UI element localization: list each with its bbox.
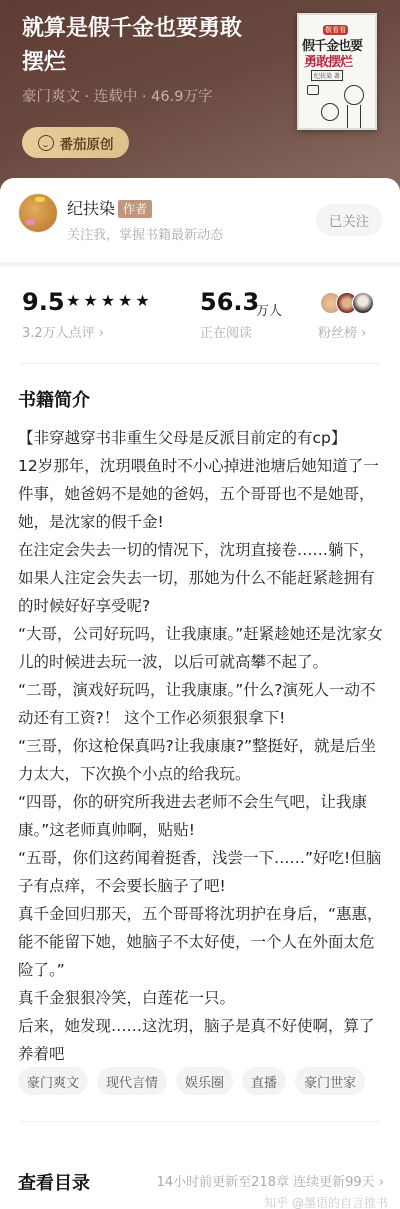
readers-unit: 万人: [256, 300, 282, 319]
cover-figure-small: [321, 103, 339, 121]
tag-chip[interactable]: 娱乐圈: [176, 1067, 233, 1095]
author-row[interactable]: 纪扶染 作者 关注我，掌握书籍最新动态 已关注: [0, 178, 400, 262]
fan-ranking-link[interactable]: 粉丝榜 ›: [318, 322, 366, 341]
cover-tag: 敬看看: [323, 25, 348, 35]
megaphone-icon: [307, 85, 319, 95]
cover-title-line2: 勇敢摆烂: [304, 51, 352, 70]
origin-badge[interactable]: 番茄原创: [22, 127, 129, 158]
readers-count: 56.3: [200, 288, 259, 316]
fan-avatars[interactable]: [320, 292, 380, 316]
detail-card: 纪扶染 作者 关注我，掌握书籍最新动态 已关注 9.5 ★★★★★ 3.2万人点…: [0, 178, 400, 1209]
tag-chip[interactable]: 直播: [242, 1067, 286, 1095]
cover-author: 纪扶染 著: [311, 70, 343, 81]
toc-heading[interactable]: 查看目录: [18, 1169, 90, 1195]
tag-list: 豪门爽文 现代言情 娱乐圈 直播 豪门世家: [18, 1067, 365, 1095]
tag-chip[interactable]: 现代言情: [97, 1067, 167, 1095]
author-role-badge: 作者: [118, 200, 152, 218]
stats-row: 9.5 ★★★★★ 3.2万人点评 › 56.3 万人 正在阅读 粉丝榜 ›: [0, 267, 400, 367]
tag-chip[interactable]: 豪门爽文: [18, 1067, 88, 1095]
fan-avatar: [352, 292, 374, 314]
toc-update-link[interactable]: 14小时前更新至218章 连续更新99天 ›: [157, 1171, 384, 1190]
avatar-bow: [26, 220, 35, 225]
cover-figure-body: [347, 105, 361, 130]
divider: [20, 363, 380, 364]
tag-chip[interactable]: 豪门世家: [295, 1067, 365, 1095]
book-meta: 豪门爽文 · 连载中 · 46.9万字: [22, 86, 212, 108]
divider: [20, 1121, 380, 1122]
avatar-clip: [35, 197, 45, 202]
reviews-link[interactable]: 3.2万人点评 ›: [22, 322, 104, 341]
author-subtitle: 关注我，掌握书籍最新动态: [67, 224, 223, 243]
book-header: 就算是假千金也要勇敢摆烂 豪门爽文 · 连载中 · 46.9万字 番茄原创 敬看…: [0, 0, 400, 200]
book-title: 就算是假千金也要勇敢摆烂: [22, 12, 262, 80]
rating-stars-icon: ★★★★★: [66, 291, 153, 310]
intro-body: 【非穿越穿书非重生父母是反派目前定的有cp】 12岁那年，沈玥喂鱼时不小心掉进池…: [18, 424, 386, 1068]
watermark: 知乎 @墨语的自言推书: [264, 1194, 388, 1209]
intro-heading: 书籍简介: [18, 386, 90, 412]
rating-score: 9.5: [22, 288, 65, 316]
readers-label: 正在阅读: [200, 322, 252, 341]
tomato-icon: [38, 135, 54, 151]
cover-figure-head: [344, 85, 364, 105]
origin-badge-label: 番茄原创: [60, 133, 114, 153]
author-name[interactable]: 纪扶染: [67, 198, 115, 220]
author-avatar[interactable]: [18, 193, 58, 233]
follow-button[interactable]: 已关注: [316, 204, 382, 236]
book-cover[interactable]: 敬看看 假千金也要 勇敢摆烂 纪扶染 著: [297, 13, 377, 130]
